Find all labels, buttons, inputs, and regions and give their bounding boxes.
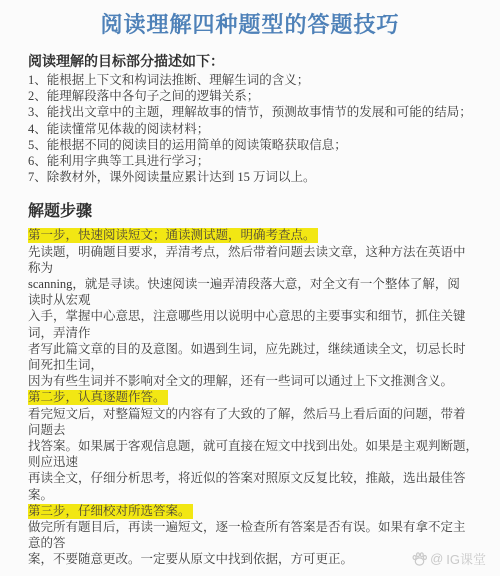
step3-highlight: 第三步，仔细校对所选答案。 [28, 504, 193, 519]
goal-item: 2、能理解段落中各句子之间的逻辑关系； [28, 88, 472, 104]
goals-heading: 阅读理解的目标部分描述如下： [28, 54, 472, 72]
goals-section: 阅读理解的目标部分描述如下： 1、能根据上下文和构词法推断、理解生词的含义； 2… [28, 54, 472, 185]
steps-heading: 解题步骤 [28, 201, 472, 223]
step2-text-line: 找答案。如果属于客观信息题，就可直接在短文中找到出处。如果是主观判断题， [28, 438, 472, 454]
step1-text-line: 入手，掌握中心意思，注意哪些用以说明中心意思的主要事实和细节，抓住关键 [28, 308, 472, 324]
goal-item: 3、能找出文章中的主题，理解故事的情节，预测故事情节的发展和可能的结局； [28, 104, 472, 120]
step3-text-line: 意的答 [28, 535, 472, 551]
step1-title-line: 第一步，快速阅读短文；通读测试题，明确考查点。 [28, 227, 472, 243]
step1-text-line: 读时从宏观 [28, 292, 472, 308]
step1-text-line: 者写此篇文章的目的及意图。如遇到生词，应先跳过，继续通读全文，切忌长时 [28, 341, 472, 357]
goal-item: 7、除教材外，课外阅读量应累计达到 15 万词以上。 [28, 169, 472, 185]
steps-section: 解题步骤 第一步，快速阅读短文；通读测试题，明确考查点。 先读题，明确题目要求，… [28, 201, 472, 567]
step1-text-line: 间死扣生词， [28, 357, 472, 373]
step3-text-line: 做完所有题目后，再读一遍短文，逐一检查所有答案是否有误。如果有拿不定主 [28, 519, 472, 535]
step2-text-line: 则应迅速 [28, 454, 472, 470]
step1-text-line: 词，弄清作 [28, 325, 472, 341]
goal-item: 6、能利用字典等工具进行学习； [28, 153, 472, 169]
step2-text-line: 案。 [28, 487, 472, 503]
step1-text-line: 称为 [28, 260, 472, 276]
step2-title-line: 第二步，认真逐题作答。 [28, 389, 472, 405]
at-icon: @ [430, 552, 443, 565]
document-page: 阅读理解四种题型的答题技巧 阅读理解的目标部分描述如下： 1、能根据上下文和构词… [0, 0, 500, 576]
step1-text-line: scanning，就是寻读。快速阅读一遍弄清段落大意，对全文有一个整体了解，阅 [28, 276, 472, 292]
step2-text-line: 看完短文后，对整篇短文的内容有了大致的了解，然后马上看后面的问题，带着 [28, 406, 472, 422]
step2-text-line: 再读全文，仔细分析思考，将近似的答案对照原文反复比较，推敲，选出最佳答 [28, 470, 472, 486]
step1-text-line: 先读题，明确题目要求，弄清考点，然后带着问题去读文章，这种方法在英语中 [28, 244, 472, 260]
goal-item: 1、能根据上下文和构词法推断、理解生词的含义； [28, 72, 472, 88]
step3-title-line: 第三步，仔细校对所选答案。 [28, 503, 472, 519]
step1-highlight: 第一步，快速阅读短文；通读测试题，明确考查点。 [28, 228, 318, 243]
step1-text-line: 因为有些生词并不影响对全文的理解，还有一些词可以通过上下文推测含义。 [28, 373, 472, 389]
goal-item: 5、能根据不同的阅读目的运用简单的阅读策略获取信息； [28, 137, 472, 153]
step2-text-line: 问题去 [28, 422, 472, 438]
watermark-text: IG课堂 [446, 549, 486, 568]
step2-highlight: 第二步，认真逐题作答。 [28, 390, 168, 405]
step3-text-line: 案，不要随意更改。一定要从原文中找到依据，方可更正。 [28, 551, 472, 567]
page-title: 阅读理解四种题型的答题技巧 [0, 10, 500, 40]
goal-item: 4、能读懂常见体裁的阅读材料； [28, 121, 472, 137]
watermark: @ IG课堂 [412, 549, 486, 568]
baidu-paw-icon [412, 552, 427, 566]
